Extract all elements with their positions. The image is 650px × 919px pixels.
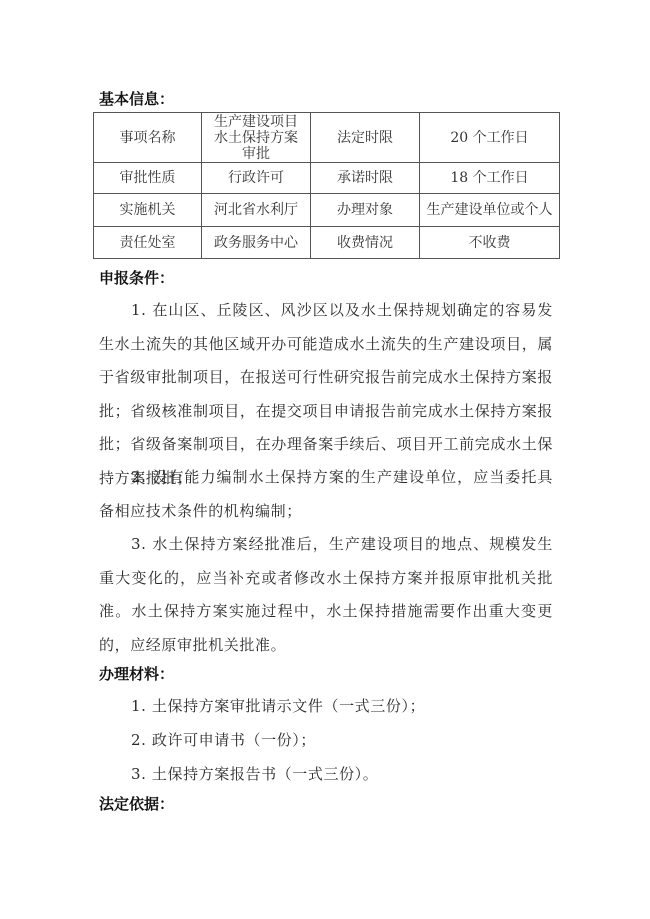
table-cell-label: 收费情况 <box>311 227 420 259</box>
table-cell-value: 生产建设项目水土保持方案审批 <box>202 113 311 163</box>
table-row: 事项名称 生产建设项目水土保持方案审批 法定时限 20 个工作日 <box>94 113 560 163</box>
table-cell-label: 实施机关 <box>94 194 202 227</box>
table-cell-text: 生产建设单位或个人 <box>427 202 553 218</box>
table-cell-label: 审批性质 <box>94 163 202 194</box>
heading-conditions: 申报条件： <box>99 269 174 287</box>
document-page: 基本信息： 事项名称 生产建设项目水土保持方案审批 法定时限 20 个工作日 审… <box>0 0 650 919</box>
material-item-3: 3. 土保持方案报告书（一式三份）。 <box>131 765 378 783</box>
table-cell-label: 法定时限 <box>311 113 420 163</box>
table-cell-value: 20 个工作日 <box>420 113 560 163</box>
material-item-1: 1. 土保持方案审批请示文件（一式三份）； <box>131 697 425 715</box>
table-cell-value: 不收费 <box>420 227 560 259</box>
table-cell-label: 责任处室 <box>94 227 202 259</box>
table-cell-value: 河北省水利厅 <box>202 194 311 227</box>
table-cell-value: 生产建设单位或个人 <box>420 194 560 227</box>
condition-paragraph-3: 3. 水土保持方案经批准后，生产建设项目的地点、规模发生重大变化的，应当补充或者… <box>99 528 553 662</box>
table-row: 审批性质 行政许可 承诺时限 18 个工作日 <box>94 163 560 194</box>
table-cell-value: 政务服务中心 <box>202 227 311 259</box>
table-row: 责任处室 政务服务中心 收费情况 不收费 <box>94 227 560 259</box>
table-cell-value: 18 个工作日 <box>420 163 560 194</box>
basic-info-table: 事项名称 生产建设项目水土保持方案审批 法定时限 20 个工作日 审批性质 行政… <box>93 112 560 259</box>
table-cell-label: 办理对象 <box>311 194 420 227</box>
table-row: 实施机关 河北省水利厅 办理对象 生产建设单位或个人 <box>94 194 560 227</box>
condition-paragraph-2: 2. 没有能力编制水土保持方案的生产建设单位，应当委托具备相应技术条件的机构编制… <box>99 461 553 528</box>
table-cell-text: 生产建设项目水土保持方案审批 <box>208 114 304 162</box>
table-cell-label: 事项名称 <box>94 113 202 163</box>
heading-basic-info: 基本信息： <box>99 90 174 108</box>
heading-materials: 办理材料： <box>99 665 174 683</box>
material-item-2: 2. 政许可申请书（一份）； <box>131 731 316 749</box>
heading-legal-basis: 法定依据： <box>99 795 174 813</box>
table-cell-value: 行政许可 <box>202 163 311 194</box>
table-cell-label: 承诺时限 <box>311 163 420 194</box>
